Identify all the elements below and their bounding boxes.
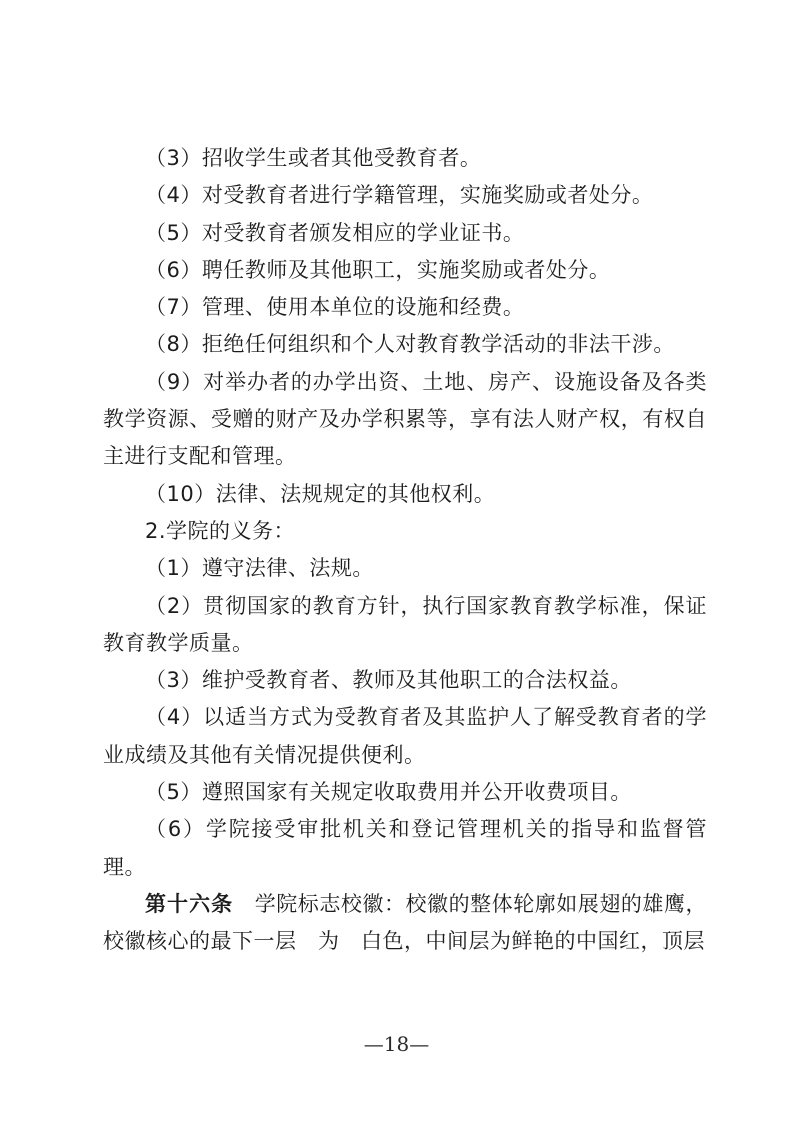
- page-number: —18—: [0, 1032, 793, 1056]
- clause-rights-8: （8）拒绝任何组织和个人对教育教学活动的非法干涉。: [103, 326, 707, 363]
- clause-rights-7: （7）管理、使用本单位的设施和经费。: [103, 289, 707, 326]
- clause-rights-10: （10）法律、法规规定的其他权利。: [103, 476, 707, 513]
- document-body: （3）招收学生或者其他受教育者。 （4）对受教育者进行学籍管理，实施奖励或者处分…: [103, 140, 707, 961]
- clause-obligations-5: （5）遵照国家有关规定收取费用并公开收费项目。: [103, 774, 707, 811]
- clause-obligations-2: （2）贯彻国家的教育方针，执行国家教育教学标准，保证教育教学质量。: [103, 588, 707, 663]
- article-16-paragraph: 第十六条 学院标志校徽：校徽的整体轮廓如展翅的雄鹰，校徽核心的最下一层 为 白色…: [103, 886, 707, 961]
- clause-rights-5: （5）对受教育者颁发相应的学业证书。: [103, 215, 707, 252]
- clause-rights-6: （6）聘任教师及其他职工，实施奖励或者处分。: [103, 252, 707, 289]
- clause-rights-4: （4）对受教育者进行学籍管理，实施奖励或者处分。: [103, 177, 707, 214]
- clause-rights-3: （3）招收学生或者其他受教育者。: [103, 140, 707, 177]
- clause-obligations-6: （6）学院接受审批机关和登记管理机关的指导和监督管理。: [103, 811, 707, 886]
- document-page: （3）招收学生或者其他受教育者。 （4）对受教育者进行学籍管理，实施奖励或者处分…: [0, 0, 793, 1122]
- clause-obligations-1: （1）遵守法律、法规。: [103, 550, 707, 587]
- article-16-number: 第十六条: [145, 892, 233, 916]
- section-obligations-heading: 2.学院的义务：: [103, 513, 707, 550]
- clause-obligations-4: （4）以适当方式为受教育者及其监护人了解受教育者的学业成绩及其他有关情况提供便利…: [103, 699, 707, 774]
- clause-rights-9: （9）对举办者的办学出资、土地、房产、设施设备及各类教学资源、受赠的财产及办学积…: [103, 364, 707, 476]
- clause-obligations-3: （3）维护受教育者、教师及其他职工的合法权益。: [103, 662, 707, 699]
